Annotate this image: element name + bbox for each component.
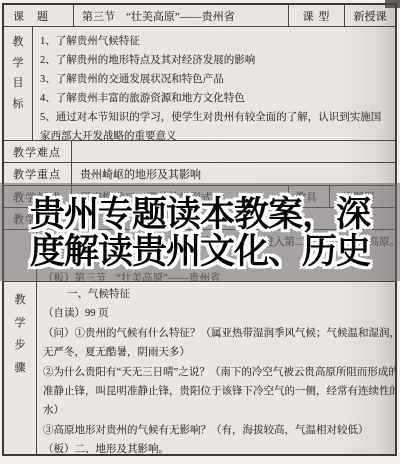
objectives-label-text: 教学目标 xyxy=(12,27,24,140)
objective-item: 2、了解贵州的地形特点及其对经济发展的影响 xyxy=(40,51,389,70)
lesson-title: 第三节 “壮美高原”——贵州省 xyxy=(74,5,289,26)
steps-text: 一、气候特征 （自读）99 页 （问）①贵州的气候有什么特征？（属亚热带湿润季风… xyxy=(37,282,395,454)
course-type-value: 新授课 xyxy=(345,5,395,26)
objective-item: 1、了解贵州气候特征 xyxy=(40,32,389,51)
field-label-lesson-title: 课 题 xyxy=(4,5,74,26)
field-label-steps: 教学步骤 xyxy=(4,282,37,454)
row-title: 课 题 第三节 “壮美高原”——贵州省 课 型 新授课 xyxy=(4,5,395,27)
steps-line: 无严冬，夏无酷暑，阴雨天多） xyxy=(43,343,391,362)
objective-item: 3、了解贵州的交通发展状况和特色产品 xyxy=(40,70,389,89)
steps-line: （自读）99 页 xyxy=(43,304,391,323)
steps-line: （问）①贵州的气候有什么特征？（属亚热带湿润季风气候；气候温和湿润，冬 xyxy=(43,324,391,343)
steps-line: 准静止锋，叫昆明准静止锋，贵阳位于该锋下冷空气的一侧，经常有连续性的降 xyxy=(43,382,391,401)
steps-line: 一、气候特征 xyxy=(43,285,391,304)
row-objectives: 教学目标 1、了解贵州气候特征 2、了解贵州的地形特点及其对经济发展的影响 3、… xyxy=(4,27,395,141)
objective-item: 5、通过对本节知识的学习，使学生对贵州有较全面的了解，认识到实施国家西部大开发战… xyxy=(40,108,389,140)
row-difficulty: 教学难点 xyxy=(4,141,395,163)
objective-item: 4、了解贵州丰富的旅游资源和地方文化特色 xyxy=(40,89,389,108)
scanned-lesson-plan-page: 课 题 第三节 “壮美高原”——贵州省 课 型 新授课 教学目标 1、了解贵州气… xyxy=(0,0,400,464)
steps-line: （板）二、地形及其影响。 xyxy=(43,440,391,454)
steps-line: ③高原地形对贵州的气候有无影响？（有，海拔较高，气温相对较低） xyxy=(43,421,391,440)
difficulty-value xyxy=(72,141,395,162)
objectives-list: 1、了解贵州气候特征 2、了解贵州的地形特点及其对经济发展的影响 3、了解贵州的… xyxy=(33,27,395,140)
field-label-course-type: 课 型 xyxy=(289,5,345,26)
focus-value: 贵州崎岖的地形及其影响 xyxy=(72,163,395,185)
field-label-focus: 教学重点 xyxy=(4,163,72,185)
steps-line: ②为什么贵阳有“天无三日晴”之说？（南下的冷空气被云贵高原所阻而形成的 xyxy=(43,363,391,382)
field-label-objectives: 教学目标 xyxy=(4,27,33,140)
row-steps: 教学步骤 一、气候特征 （自读）99 页 （问）①贵州的气候有什么特征？（属亚热… xyxy=(4,282,395,454)
watermark-title-line1: 贵州专题读本教案，深 xyxy=(0,196,400,234)
steps-line: 水） xyxy=(43,401,391,420)
steps-label-text: 教学步骤 xyxy=(14,282,26,454)
field-label-difficulty: 教学难点 xyxy=(4,141,72,162)
watermark-title-line2: 度解读贵州文化、历史 xyxy=(0,233,400,271)
scan-smudge xyxy=(385,0,400,8)
